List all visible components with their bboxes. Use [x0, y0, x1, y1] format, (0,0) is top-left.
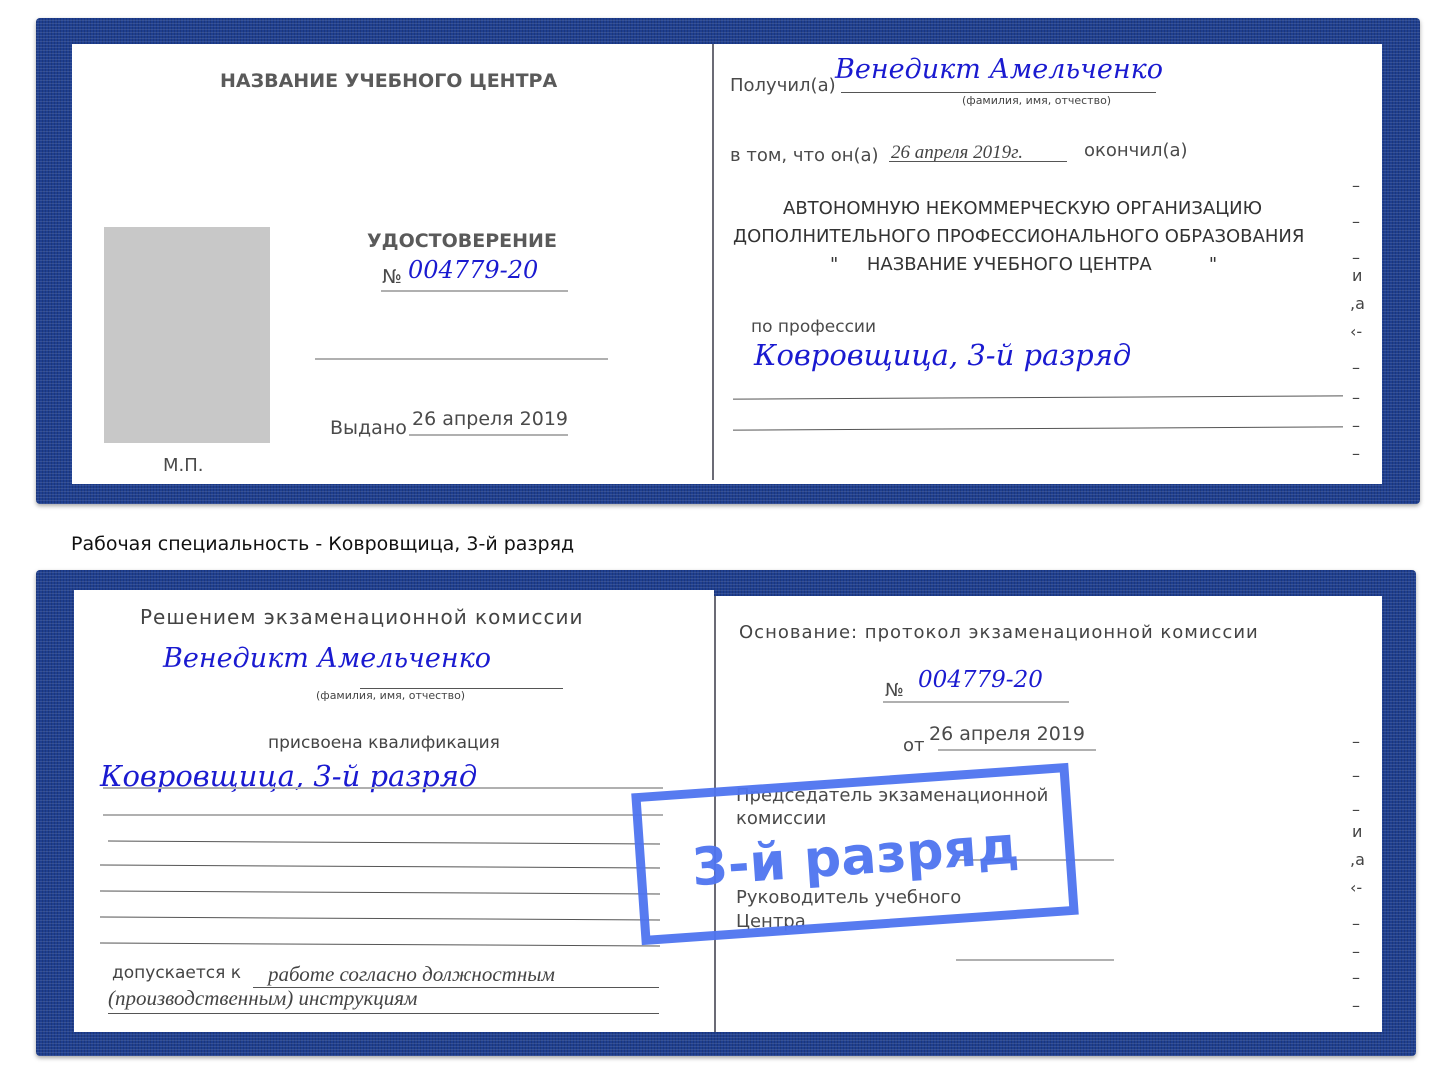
number-label: №: [382, 266, 402, 288]
protocol-number: 004779-20: [918, 667, 1043, 693]
grade-stamp: 3-й разряд: [631, 763, 1079, 945]
edge-mark: и: [1352, 266, 1362, 285]
edge-mark: –: [1352, 176, 1360, 195]
issued-label: Выдано: [330, 417, 407, 439]
recipient-name: Венедикт Амельченко: [835, 54, 1163, 85]
edge-mark: –: [1352, 416, 1360, 435]
protocol-date-label: от: [903, 735, 925, 756]
edge-mark: –: [1352, 248, 1360, 267]
edge-mark: –: [1352, 942, 1360, 961]
qualification-line-2: [103, 814, 663, 816]
protocol-date-underline: [938, 749, 1096, 751]
admitted-value-line-1: работе согласно должностным: [268, 962, 555, 987]
edge-mark: –: [1352, 800, 1360, 819]
protocol-date: 26 апреля 2019: [929, 723, 1085, 745]
photo-placeholder: [104, 227, 270, 443]
name-hint: (фамилия, имя, отчество): [962, 94, 1111, 107]
specialty-caption: Рабочая специальность - Ковровщица, 3-й …: [71, 533, 574, 555]
edge-mark: ‹-: [1350, 322, 1362, 341]
name-hint-bottom: (фамилия, имя, отчество): [316, 689, 465, 702]
protocol-number-underline: [883, 701, 1069, 703]
edge-mark: –: [1352, 914, 1360, 933]
edge-mark: ,а: [1350, 294, 1365, 313]
edge-mark: –: [1352, 212, 1360, 231]
edge-mark: ,а: [1350, 850, 1365, 869]
edge-mark: –: [1352, 996, 1360, 1015]
certificate-number: 004779-20: [408, 256, 538, 284]
qualification-label: присвоена квалификация: [268, 733, 500, 753]
org-line-3: " НАЗВАНИЕ УЧЕБНОГО ЦЕНТРА ": [830, 254, 1217, 275]
edge-mark: –: [1352, 444, 1360, 463]
edge-mark: –: [1352, 388, 1360, 407]
completion-underline: [889, 161, 1067, 162]
issued-underline: [409, 434, 568, 436]
org-line-1: АВТОНОМНУЮ НЕКОММЕРЧЕСКУЮ ОРГАНИЗАЦИЮ: [783, 198, 1262, 219]
edge-mark: –: [1352, 968, 1360, 987]
completed-label: окончил(а): [1084, 140, 1188, 161]
head-signature-line: [956, 959, 1114, 961]
issued-date: 26 апреля 2019: [412, 408, 568, 430]
person-name: Венедикт Амельченко: [163, 643, 491, 674]
org-name: НАЗВАНИЕ УЧЕБНОГО ЦЕНТРА: [220, 70, 557, 92]
admitted-underline-2: [108, 1013, 659, 1014]
qualification-line-1: [103, 787, 663, 789]
decision-title: Решением экзаменационной комиссии: [140, 605, 583, 629]
basis-title: Основание: протокол экзаменационной коми…: [739, 622, 1259, 643]
edge-mark: ‹-: [1350, 878, 1362, 897]
edge-mark: –: [1352, 766, 1360, 785]
protocol-number-label: №: [885, 680, 904, 701]
blank-line: [315, 358, 608, 360]
admitted-label: допускается к: [112, 963, 241, 983]
top-spine: [712, 44, 714, 480]
profession-label: по профессии: [751, 317, 876, 337]
edge-mark: и: [1352, 822, 1362, 841]
edge-mark: –: [1352, 732, 1360, 751]
admitted-value-line-2: (производственным) инструкциям: [108, 986, 417, 1011]
stamp-place-label: М.П.: [163, 455, 204, 476]
that-label: в том, что он(а): [730, 145, 879, 166]
doc-title: УДОСТОВЕРЕНИЕ: [367, 230, 557, 252]
recipient-underline: [841, 92, 1156, 93]
edge-mark: –: [1352, 358, 1360, 377]
grade-stamp-text: 3-й разряд: [690, 816, 1021, 899]
received-label: Получил(а): [730, 75, 836, 96]
number-underline: [381, 290, 568, 292]
org-line-2: ДОПОЛНИТЕЛЬНОГО ПРОФЕССИОНАЛЬНОГО ОБРАЗО…: [733, 226, 1304, 247]
profession-value: Ковровщица, 3-й разряд: [754, 338, 1131, 372]
